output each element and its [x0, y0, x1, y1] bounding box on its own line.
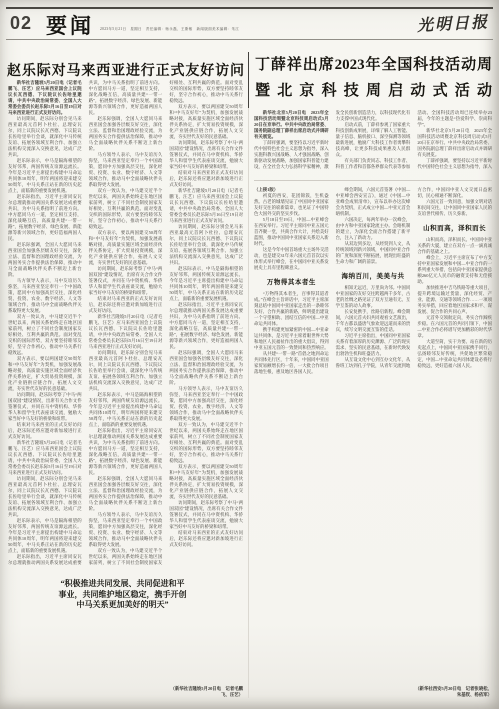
body-paragraph: 访问期间，赵乐际考察了中马“两国双园”建设情况，出席有关合作文件签署仪式，并同在…: [8, 392, 82, 422]
header-rule: [6, 39, 493, 40]
body-paragraph: 启动式前，丁薛祥参观了国家重大科技创新成果展，详细了解人工智能、量子信息、脑机接…: [336, 122, 411, 158]
body-paragraph: 长安复携手，丝路启新程。峰会期间，六国元首夫妇共同观看文艺演出，千年古都以盛唐气…: [336, 309, 411, 333]
body-paragraph: “万物得其本者生，百事得其道者成。”在峰会主旨讲话中，习近平主席深刻总结中国同中…: [254, 291, 329, 327]
body-paragraph: 从共建“一带一路”首倡之地到命运共同体先行区，十年来，中国同中亚国家贸易额增长约…: [254, 351, 329, 375]
body-paragraph: 大道至简，实干为要。站在新的历史起点上，中国同中亚国家携手同行，弘扬睦邻友好传统…: [417, 339, 492, 369]
body-paragraph: 赵乐际指出，习近平主席同安瓦尔总理就推动两国关系发展达成重要共识，为中马关系指明…: [89, 428, 163, 476]
body-paragraph: 访问期间，赵乐际考察了中马“两国双园”建设情况，出席有关合作文件签署仪式，并同在…: [169, 140, 243, 170]
body-paragraph: 结束对马来西亚的正式友好访问后，赵乐际还将应邀对新加坡进行正式友好访问。: [169, 530, 243, 548]
body-paragraph: 双方表示，要以两国建交50周年和“中马友好年”为契机，加强发展战略对接，高质量实…: [169, 464, 243, 500]
body-paragraph: 六国决定，每两年举办一次峰会，由中方和中亚国家轮流主办。会晤机制的建立，为深化全…: [336, 217, 411, 241]
body-paragraph: 初夏的西安，花团锦簇，生机盎然。古老的城墙见证了中国同中亚国家友好交往的崭新篇章…: [254, 193, 329, 217]
body-paragraph: 峰会上，习近平主席宣布了中方支持中亚国家发展和中国—中亚合作的一系列重大举措，包…: [417, 255, 492, 285]
body-paragraph: 赵乐际表示，中马是隔海相望的友好邻邦，两国传统友谊源远流长。今年是习近平主席提出…: [89, 392, 163, 428]
continuation-credit: （新华社西安5月20日电 记者张晓松、朱基钗、杨依军）: [414, 686, 492, 698]
body-paragraph: 元首外交领航定向，务实合作蹄疾步稳。在六国元首的共同引领下，中国—中亚合作必将谱…: [417, 315, 492, 339]
body-paragraph: 访问期间，赵乐际分别会见马来西亚最高元首阿卜杜拉、总理安瓦尔，同上议院议长瓦西德…: [8, 116, 82, 158]
body-paragraph: 赵乐际强调，全国人大愿同马来西亚国会加强各层级友好交往，深化立法、监督和治国理政…: [8, 242, 82, 278]
body-paragraph: 这是今年中国首场重大主场外交活动，也是建交31年来六国元首首次以实体形式举行峰会…: [254, 247, 329, 271]
body-paragraph: 新华社北京5月20日电 2023年全国科技活动周暨北京科技周启动式5月20日在京…: [254, 110, 329, 140]
body-paragraph: 新华社吉隆坡5月20日电（记者毛鹏飞、汪艺）应马来西亚国会上议院议长瓦西德、下议…: [8, 440, 82, 476]
body-paragraph: 马方领导人表示，马中友谊历久弥坚，马来西亚坚定奉行一个中国政策，愿同中方加强高层…: [89, 512, 163, 548]
body-paragraph: 赵乐际指出，习近平主席同安瓦尔总理就推动两国关系发展达成重要共识，为中马关系指明…: [169, 302, 243, 350]
section-title: 要闻: [46, 10, 94, 40]
header-dateline: 2023年5月21日 星期日 责任编辑：杨永磊、王斯敏 新闻版面美术编辑：朱江: [100, 27, 239, 32]
body-paragraph: 访问期间，赵乐际分别会见马来西亚最高元首阿卜杜拉、总理安瓦尔，同上议院议长瓦西德…: [8, 476, 82, 518]
body-paragraph: 习近平主席指出，中国同中亚国家关系有着深厚的历史渊源、广泛的现实需求、坚实的民意…: [336, 333, 411, 357]
body-paragraph: 从双边到多边，从经贸到人文，从传统领域到新兴领域，中国同中亚合作的广度和深度不断…: [336, 241, 411, 265]
body-paragraph: 双方表示，要以两国建交50周年和“中马友好年”为契机，加强发展战略对接，高质量实…: [169, 104, 243, 140]
body-paragraph: 赵乐际强调，全国人大愿同马来西亚国会加强各层级友好交往，深化立法、监督和治国理政…: [89, 476, 163, 512]
body-paragraph: 新华社吉隆坡5月20日电（记者毛鹏飞、汪艺）应马来西亚国会上议院议长瓦西德、下议…: [89, 314, 163, 350]
body-paragraph: 马方领导人表示，马中友谊历久弥坚，马来西亚坚定奉行一个中国政策，愿同中方加强高层…: [169, 386, 243, 422]
body-paragraph: 新华社吉隆坡5月20日电（记者毛鹏飞、汪艺）应马来西亚国会上议院议长瓦西德、下议…: [169, 188, 243, 224]
body-paragraph: 双方一致认为，中马建交近半个世纪以来，两国关系始终走在地区国家前列，树立了不同社…: [89, 188, 163, 230]
subhead-1: 万物得其本者生: [254, 277, 329, 286]
body-paragraph: 峰会期间，六国元首签署《中国—中亚峰会西安宣言》，通过《中国—中亚峰会成果清单》…: [336, 187, 411, 217]
article-separator-rule: [254, 180, 492, 181]
body-paragraph: 赵乐际强调，全国人大愿同马来西亚国会加强各层级友好交往，深化立法、监督和治国理政…: [169, 350, 243, 386]
headline-divider: [248, 52, 249, 108]
headline-right-line2: 暨北京科技周启动式活动: [255, 78, 492, 104]
column-divider: [248, 108, 249, 698]
masthead-logo: 光明日报: [416, 9, 489, 36]
body-paragraph: 双方表示，要以两国建交50周年和“中马友好年”为契机，加强发展战略对接，高质量实…: [89, 230, 163, 266]
continuation-body: （上接1版） 初夏的西安，花团锦簇，生机盎然。古老的城墙见证了中国同中亚国家友好…: [254, 187, 492, 698]
body-paragraph: 双方一致认为，中马建交近半个世纪以来，两国关系始终走在地区国家前列，树立了不同社…: [169, 422, 243, 464]
article-right-body: 新华社北京5月20日电 2023年全国科技活动周暨北京科技周启动式5月20日在京…: [254, 110, 492, 174]
headline-right-line1: 丁薛祥出席2023年全国科技活动周: [255, 52, 492, 78]
newspaper-page: 02 要闻 2023年5月21日 星期日 责任编辑：杨永磊、王斯敏 新闻版面美术…: [0, 0, 499, 709]
body-paragraph: 六国元首一致同意，加强文明对话和民间交往，让中国同中亚国家人民的友谊世代相传、历…: [417, 199, 492, 217]
body-paragraph: 双方一致认为，中马建交近半个世纪以来，两国关系始终走在地区国家前列，树立了不同社…: [8, 314, 82, 356]
body-paragraph: 结束对马来西亚的正式友好访问后，赵乐际还将应邀对新加坡进行正式友好访问。: [8, 422, 82, 440]
body-paragraph: 赵乐际表示，中马是隔海相望的友好邻邦，两国传统友谊源远流长。今年是习近平主席提出…: [8, 158, 82, 194]
body-paragraph: 双方表示，要以两国建交50周年和“中马友好年”为契机，加强发展战略对接，高质量实…: [8, 356, 82, 392]
body-paragraph: 赵乐际表示，中马是隔海相望的友好邻邦，两国传统友谊源远流长。今年是习近平主席提出…: [8, 518, 82, 554]
pull-quote: “积极推进共同发展、共同促进和平事业，共同维护地区稳定，携手开创中马关系更加美好…: [56, 572, 189, 618]
body-paragraph: 赵乐际指出，习近平主席同安瓦尔总理就推动两国关系发展达成重要共识，为中马关系指明…: [8, 194, 82, 242]
body-paragraph: 相知无远近，万里尚为邻。中国同中亚国家的友好交往跨越两千多年，古老的丝绸之路见证…: [336, 285, 411, 309]
subhead-2: 海纳百川，美美与共: [336, 271, 411, 280]
body-paragraph: 结束对马来西亚的正式友好访问后，赵乐际还将应邀对新加坡进行正式友好访问。: [89, 296, 163, 314]
body-paragraph: 马方领导人表示，马中友谊历久弥坚，马来西亚坚定奉行一个中国政策，愿同中方加强高层…: [8, 278, 82, 314]
body-paragraph: 访问期间，赵乐际分别会见马来西亚最高元首阿卜杜拉、总理安瓦尔，同上议院议长瓦西德…: [169, 224, 243, 266]
body-paragraph: 赵乐际强调，全国人大愿同马来西亚国会加强各层级友好交往，深化立法、监督和治国理政…: [89, 116, 163, 152]
body-paragraph: 赵乐际表示，中马是隔海相望的友好邻邦，两国传统友谊源远流长。今年是习近平主席提出…: [169, 266, 243, 302]
article-left-credit: （新华社吉隆坡5月20日电 记者毛鹏飞、汪艺）: [166, 686, 243, 698]
headline-left: 赵乐际对马来西亚进行正式友好访问: [7, 60, 244, 80]
body-paragraph: 新华社北京5月20日电 2023年全国科技活动周暨北京科技周启动式5月20日在京…: [417, 128, 492, 158]
body-paragraph: 结束对马来西亚的正式友好访问后，赵乐际还将应邀对新加坡进行正式友好访问。: [169, 170, 243, 188]
body-paragraph: 新华社吉隆坡5月20日电（记者毛鹏飞、汪艺）应马来西亚国会上议院议长瓦西德、下议…: [8, 80, 82, 116]
body-paragraph: 携手构建更加紧密的中国—中亚命运共同体，是习近平主席着眼世界大势和地区人民福祉作…: [254, 327, 329, 351]
top-rule: [6, 7, 493, 9]
page-number: 02: [10, 13, 32, 34]
body-paragraph: 访问期间，赵乐际分别会见马来西亚最高元首阿卜杜拉、总理安瓦尔，同上议院议长瓦西德…: [89, 350, 163, 392]
headline-right: 丁薛祥出席2023年全国科技活动周 暨北京科技周启动式活动: [255, 52, 492, 104]
body-paragraph: 访问期间，赵乐际考察了中马“两国双园”建设情况，出席有关合作文件签署仪式，并同在…: [89, 266, 163, 296]
subhead-3: 山积而高，泽积而长: [417, 223, 492, 232]
body-paragraph: 加快推进中吉乌铁路等重大项目，提升跨境运输过货量，深化经贸、产业、能源、交通等领…: [417, 285, 492, 315]
body-paragraph: 5月18日至19日，中国—中亚峰会在西安举行。习近平主席同中亚五国元首齐聚一堂，…: [254, 217, 329, 247]
body-paragraph: 山积而高，泽积而长。中国同中亚关系的大厦，建立在双方一点一滴真诚合作的基础之上。: [417, 237, 492, 255]
body-paragraph: 访问期间，赵乐际考察了中马“两国双园”建设情况，出席有关合作文件签署仪式，并同在…: [169, 500, 243, 530]
body-paragraph: 马方领导人表示，马中友谊历久弥坚，马来西亚坚定奉行一个中国政策，愿同中方加强高层…: [89, 152, 163, 188]
